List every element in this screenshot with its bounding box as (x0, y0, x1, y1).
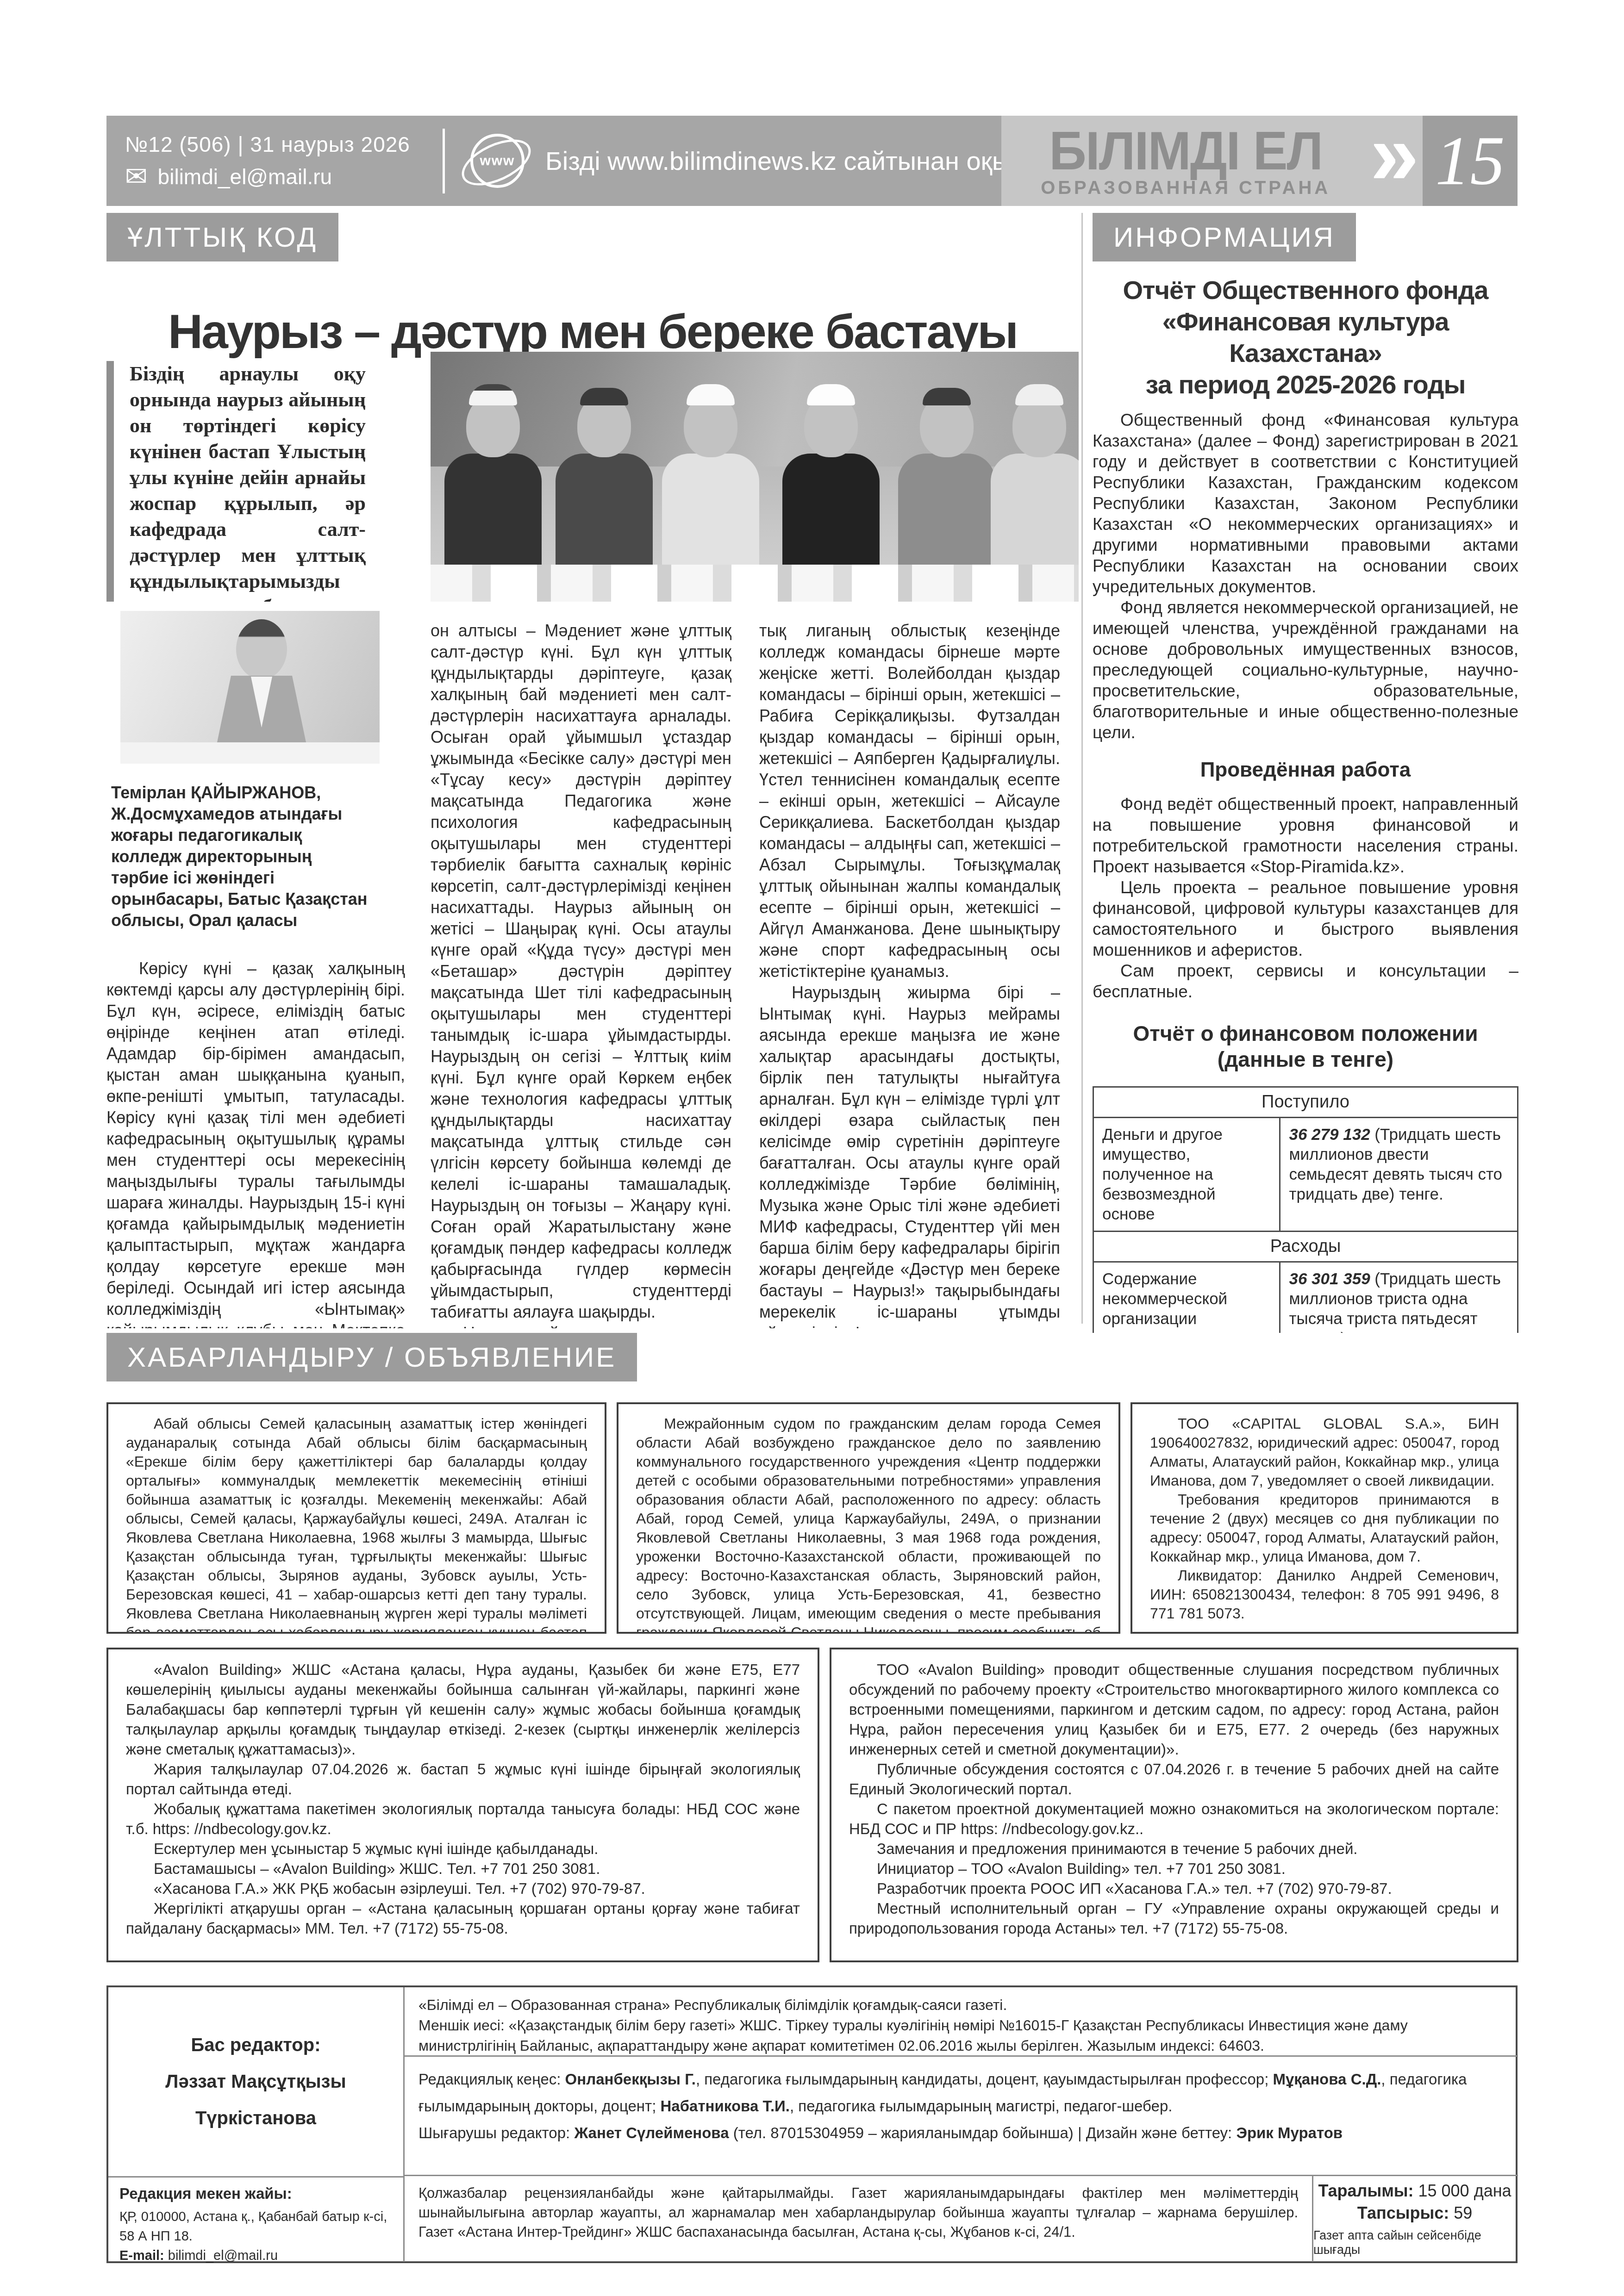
editor-label: Бас редактор: (191, 2035, 321, 2056)
design-label: Дизайн және беттеу: (1086, 2124, 1237, 2141)
announcement-avalon-building-kz: «Avalon Building» ЖШС «Астана қаласы, Нұ… (106, 1648, 819, 1962)
envelope-icon: ✉ (125, 163, 148, 190)
photo-banner (431, 352, 1079, 467)
section-tag-national-code: ҰЛТТЫҚ КОД (106, 213, 338, 261)
photo-figure (444, 454, 542, 569)
article-column-3: тық лиганың облыстық кезеңінде колледж к… (759, 620, 1060, 1328)
portrait-photo (120, 611, 380, 764)
council-label: Редакциялық кеңес: (418, 2071, 565, 2088)
order-label: Тапсырыс: (1357, 2203, 1449, 2222)
address-label: Редакция мекен жайы: (119, 2184, 392, 2203)
announcement-semey-court-ru: Межрайонным судом по гражданским делам г… (617, 1402, 1120, 1634)
article-column-1: Көрісу күні – қазақ халқының көктемді қа… (106, 958, 405, 1328)
expenses-header-cell: Расходы (1093, 1232, 1518, 1262)
publisher-name: Жанет Сүлейменова (574, 2124, 729, 2141)
editor-name: Ләззат Мақсұтқызы (165, 2072, 346, 2092)
photo-figure (991, 454, 1079, 569)
newspaper-page: №12 (506) | 31 наурыз 2026 ✉ bilimdi_el@… (0, 0, 1624, 2296)
masthead-left: №12 (506) | 31 наурыз 2026 ✉ bilimdi_el@… (106, 132, 410, 190)
received-amount: 36 279 132 (1289, 1126, 1370, 1144)
logo-title: БІЛІМДІ ЕЛ (1001, 124, 1370, 178)
masthead-bar: №12 (506) | 31 наурыз 2026 ✉ bilimdi_el@… (106, 116, 1518, 206)
address-line: ҚР, 010000, Астана қ., Қабанбай батыр к-… (119, 2207, 392, 2246)
logo-subtitle: ОБРАЗОВАННАЯ СТРАНА (1001, 179, 1370, 197)
editorial-address-cell: Редакция мекен жайы: ҚР, 010000, Астана … (108, 2176, 405, 2262)
information-section: ИНФОРМАЦИЯ Отчёт Общественного фонда «Фи… (1093, 213, 1518, 1333)
editorial-council-cell: Редакциялық кеңес: Онланбекқызы Г., педа… (405, 2057, 1518, 2176)
masthead-divider (443, 129, 445, 193)
photo-figure (236, 619, 287, 679)
editorial-council: Редакциялық кеңес: Онланбекқызы Г., педа… (418, 2066, 1504, 2120)
announcement-capital-global-liquidation: ТОО «CAPITAL GLOBAL S.A.», БИН 190640027… (1131, 1402, 1518, 1634)
newspaper-logo-panel: БІЛІМДІ ЕЛ ОБРАЗОВАННАЯ СТРАНА » 15 (1001, 116, 1518, 206)
photo-caption: Темірлан ҚАЙЫРЖАНОВ, Ж.Досмұхамедов атын… (111, 782, 403, 931)
section-tag-announcements: ХАБАРЛАНДЫРУ / ОБЪЯВЛЕНИЕ (106, 1333, 637, 1381)
publisher-label: Шығарушы редактор: (418, 2124, 574, 2141)
national-code-article: ҰЛТТЫҚ КОД Наурыз – дәстүр мен береке ба… (106, 213, 1079, 1333)
email-label: E-mail: (119, 2248, 164, 2263)
photo-figure (898, 454, 995, 569)
section-tag-information: ИНФОРМАЦИЯ (1093, 213, 1356, 261)
circulation-cell: Таралымы: 15 000 дана Тапсырыс: 59 Газет… (1312, 2176, 1516, 2262)
council-member-title: , педагогика ғылымдарының кандидаты, доц… (696, 2071, 1273, 2088)
newspaper-logo: БІЛІМДІ ЕЛ ОБРАЗОВАННАЯ СТРАНА (1001, 125, 1370, 197)
photo-models-table (431, 565, 1079, 602)
council-member: Онланбекқызы Г. (565, 2071, 696, 2088)
information-body: Общественный фонд «Финансовая культура К… (1093, 410, 1518, 743)
schedule-line: Газет апта сайын сейсенбіде шығады (1313, 2228, 1516, 2257)
registration-line: Меншік иесі: «Қазақстандық білім беру га… (418, 2015, 1504, 2056)
circulation-label: Таралымы: (1318, 2181, 1413, 2200)
registration-info-cell: «Білімді ел – Образованная страна» Респу… (405, 1987, 1518, 2057)
work-heading: Проведённая работа (1093, 759, 1518, 782)
masthead-email-row: ✉ bilimdi_el@mail.ru (125, 163, 410, 190)
information-headline: Отчёт Общественного фонда «Финансовая ку… (1093, 274, 1518, 400)
council-member: Мұқанова С.Д. (1273, 2071, 1381, 2088)
group-photo (431, 352, 1079, 602)
email-value: bilimdi_el@mail.ru (168, 2248, 278, 2263)
designer-name: Эрик Муратов (1236, 2124, 1343, 2141)
article-column-2: он алтысы – Мәдениет және ұлттық салт-дә… (431, 620, 731, 1328)
photo-figure (782, 454, 880, 569)
council-member-title: , педагогика ғылымдарының магистрі, педа… (790, 2097, 1173, 2115)
announcement-abai-court-kz: Абай облысы Семей қаласының азаматтық іс… (106, 1402, 606, 1634)
order-value: 59 (1449, 2203, 1472, 2222)
table-row: Расходы (1093, 1232, 1518, 1262)
chief-editor-cell: Бас редактор: Ләззат Мақсұтқызы Түркіста… (108, 1987, 405, 2176)
expenses-value-cell: 36 301 359 (Тридцать шесть миллионов три… (1280, 1262, 1518, 1333)
financial-table: Поступило Деньги и другое имущество, пол… (1093, 1086, 1518, 1333)
imprint-footer: Бас редактор: Ләззат Мақсұтқызы Түркіста… (106, 1985, 1518, 2263)
masthead-email: bilimdi_el@mail.ru (158, 164, 332, 189)
email-line: E-mail: bilimdi_el@mail.ru (119, 2246, 392, 2265)
column-divider (1081, 213, 1083, 1324)
table-row: Содержание некоммерческой организации 36… (1093, 1262, 1518, 1333)
circulation-line: Таралымы: 15 000 дана (1318, 2181, 1511, 2201)
expenses-label-cell: Содержание некоммерческой организации (1093, 1262, 1280, 1333)
globe-icon: www (470, 134, 525, 188)
article-headline: Наурыз – дәстүр мен береке бастауы (106, 305, 1079, 360)
council-member: Набатникова Т.И. (661, 2097, 790, 2115)
announcement-avalon-building-ru: ТОО «Avalon Building» проводит обществен… (830, 1648, 1518, 1962)
publisher-line: Шығарушы редактор: Жанет Сүлейменова (те… (418, 2120, 1504, 2147)
publisher-note: (тел. 87015304959 – жарияланымдар бойынш… (729, 2124, 1086, 2141)
financial-report-heading: Отчёт о финансовом положении (данные в т… (1093, 1020, 1518, 1072)
photo-figure (662, 454, 759, 569)
table-row: Поступило (1093, 1087, 1518, 1118)
issue-date: №12 (506) | 31 наурыз 2026 (125, 132, 410, 157)
page-number: 15 (1423, 116, 1518, 206)
photo-figure (556, 454, 653, 569)
globe-orbit (455, 130, 538, 195)
article-lead: Біздің арнаулы оқу орнында наурыз айының… (106, 361, 366, 602)
table-row: Деньги и другое имущество, полученное на… (1093, 1118, 1518, 1232)
editor-name: Түркістанова (195, 2108, 316, 2129)
order-line: Тапсырыс: 59 (1357, 2203, 1472, 2223)
circulation-value: 15 000 дана (1414, 2181, 1512, 2200)
manuscripts-note-cell: Қолжазбалар рецензияланбайды және қайтар… (405, 2176, 1312, 2262)
received-value-cell: 36 279 132 (Тридцать шесть миллионов две… (1280, 1118, 1518, 1232)
chevron-icon: » (1370, 128, 1419, 180)
paper-title-line: «Білімді ел – Образованная страна» Респу… (418, 1995, 1504, 2015)
work-body: Фонд ведёт общественный проект, направле… (1093, 794, 1518, 1002)
received-label-cell: Деньги и другое имущество, полученное на… (1093, 1118, 1280, 1232)
photo-desk (120, 742, 380, 764)
received-header-cell: Поступило (1093, 1087, 1518, 1118)
expenses-amount: 36 301 359 (1289, 1270, 1370, 1288)
